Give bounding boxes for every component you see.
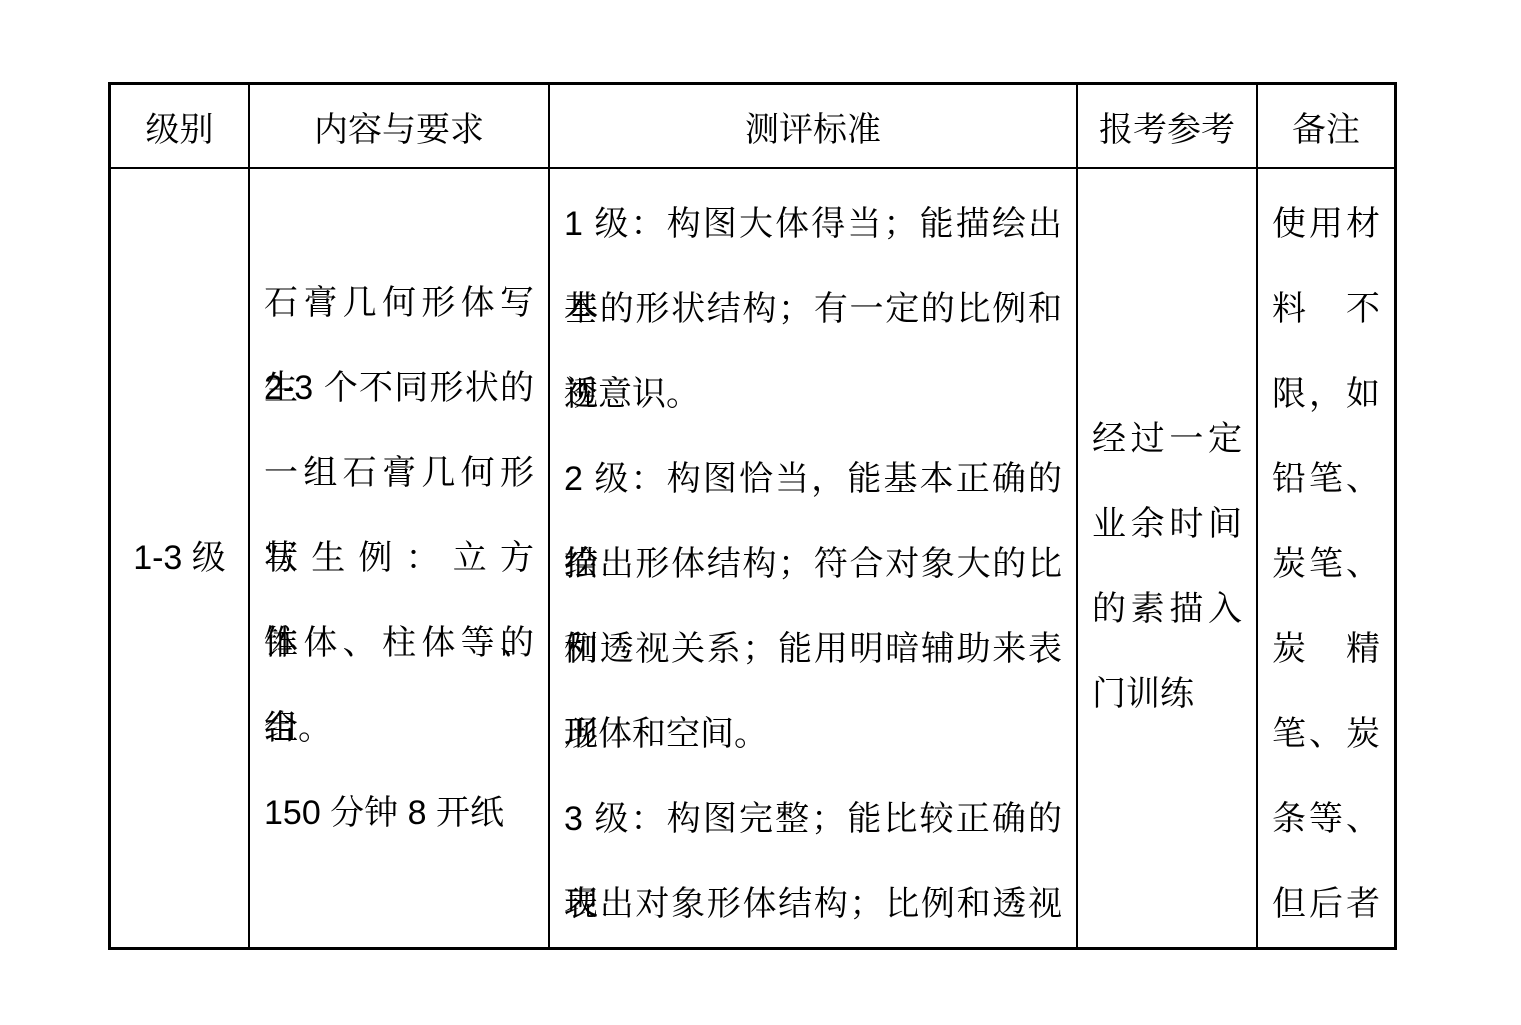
header-label-criteria: 测评标准 (745, 102, 881, 151)
cell-reference: 经过一定业余时间的素描入门训练 (1078, 169, 1258, 947)
header-cell-level: 级别 (111, 85, 250, 169)
text-line: 绘出形体结构；符合对象大的比例 (564, 522, 1062, 607)
header-cell-notes: 备注 (1258, 85, 1394, 169)
header-label-level: 级别 (146, 102, 214, 151)
cell-notes: 使用材料不限，如铅笔、炭笔、炭精笔、炭条等、但后者 (1258, 169, 1394, 947)
cell-content-requirements: 石膏几何形体写生2-3 个不同形状的一组石膏几何形状写生例：立方体、锥体、柱体等… (250, 169, 550, 947)
text-line: 150 分钟 8 开纸 (264, 771, 534, 856)
cell-level: 1-3 级 (111, 169, 250, 947)
header-label-notes: 备注 (1292, 102, 1360, 151)
text-line: 和透视关系；能用明暗辅助来表现 (564, 607, 1062, 692)
text-line: 2 级：构图恰当，能基本正确的描 (564, 437, 1062, 522)
text-line: 但后者 (1272, 862, 1380, 947)
text-line: 条等、 (1272, 777, 1380, 862)
text-line: 一组石膏几何形状 (264, 431, 534, 516)
text-line: 的素描入 (1092, 567, 1242, 652)
text-line: 料不 (1272, 267, 1380, 352)
text-line: 1 级：构图大体得当；能描绘出基 (564, 182, 1062, 267)
text-line: 笔、炭 (1272, 692, 1380, 777)
text-line: 本的形状结构；有一定的比例和透 (564, 267, 1062, 352)
text-line: 1-3 级 (125, 516, 234, 601)
text-line: 合。 (264, 686, 534, 771)
text-line: 门训练 (1092, 652, 1242, 737)
text-line: 锥体、柱体等的组 (264, 601, 534, 686)
text-line: 限，如 (1272, 352, 1380, 437)
header-cell-reference: 报考参考 (1078, 85, 1258, 169)
text-line: 石膏几何形体写生 (264, 261, 534, 346)
text-line: 视意识。 (564, 352, 1062, 437)
text-line: 业余时间 (1092, 482, 1242, 567)
grading-table: 级别 内容与要求 测评标准 报考参考 备注 1-3 级 石膏几何形体写生2-3 … (108, 82, 1397, 950)
text-line: 经过一定 (1092, 397, 1242, 482)
header-label-content-requirements: 内容与要求 (314, 102, 484, 151)
header-cell-criteria: 测评标准 (550, 85, 1078, 169)
text-line: 3 级：构图完整；能比较正确的表 (564, 777, 1062, 862)
text-line: 现出对象形体结构；比例和透视关 (564, 862, 1062, 947)
text-line: 形体和空间。 (564, 692, 1062, 777)
text-line: 炭精 (1272, 607, 1380, 692)
text-line: 使用材 (1272, 182, 1380, 267)
text-line: 2-3 个不同形状的 (264, 346, 534, 431)
text-line: 写生例：立方体、 (264, 516, 534, 601)
text-line: 炭笔、 (1272, 522, 1380, 607)
cell-criteria: 1 级：构图大体得当；能描绘出基本的形状结构；有一定的比例和透视意识。2 级：构… (550, 169, 1078, 947)
header-label-reference: 报考参考 (1099, 102, 1235, 151)
text-line: 铅笔、 (1272, 437, 1380, 522)
header-cell-content-requirements: 内容与要求 (250, 85, 550, 169)
